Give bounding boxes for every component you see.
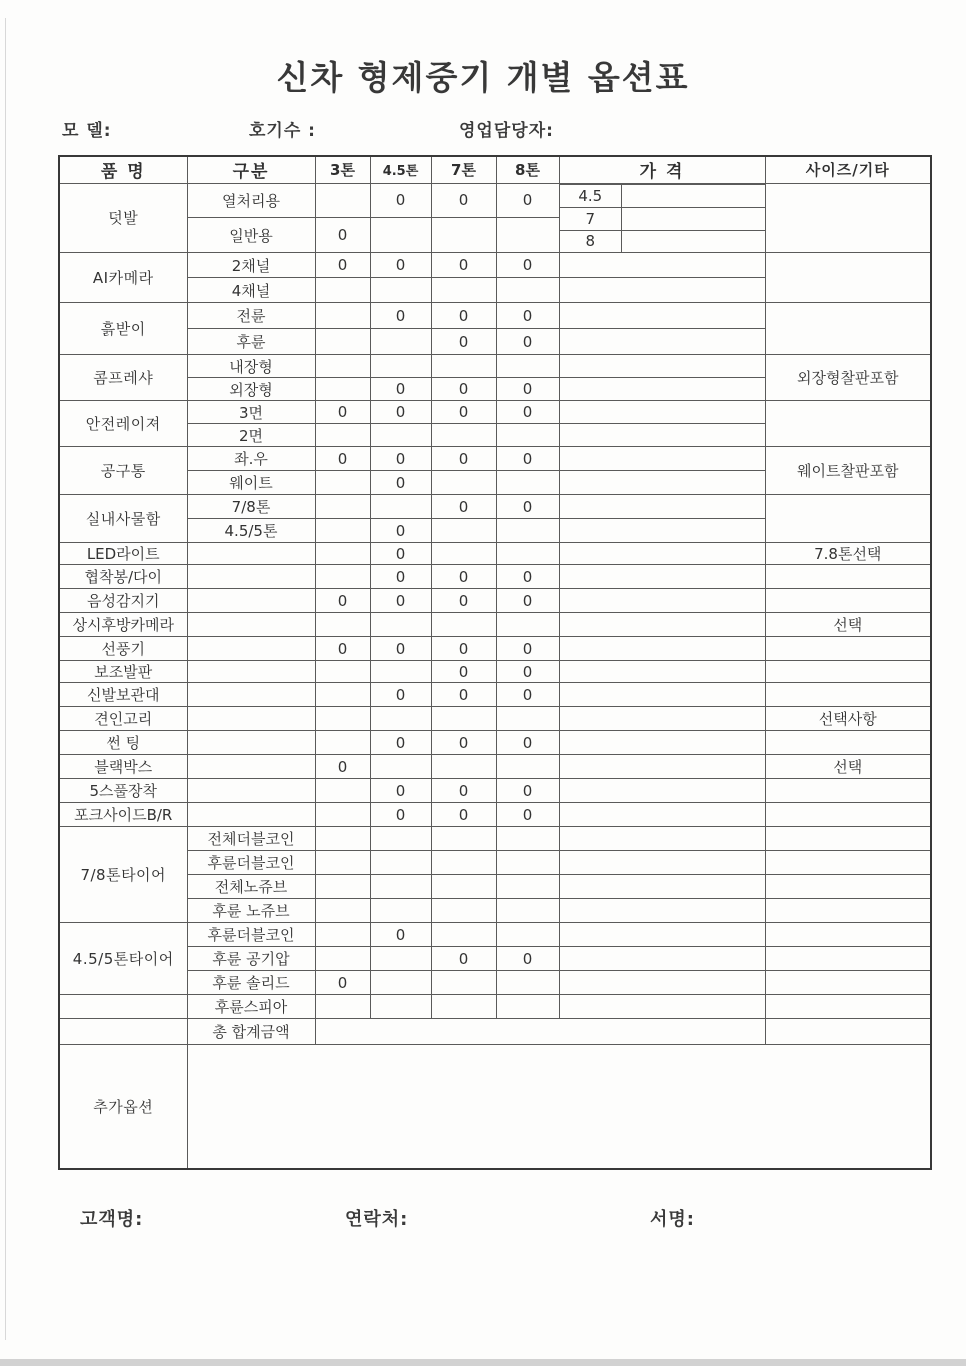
table-row: 안전레이져3면0000 — [59, 401, 931, 424]
table-cell — [370, 851, 431, 875]
table-row: AI카메라2채널0000 — [59, 253, 931, 278]
table-row: 흙받이전륜000 — [59, 303, 931, 329]
table-cell — [431, 613, 496, 637]
table-cell — [496, 971, 559, 995]
option-mark-cell: 0 — [431, 401, 496, 424]
col-header-size-etc: 사이즈/기타 — [765, 156, 931, 183]
table-row: 전체노쥬브 — [59, 875, 931, 899]
table-cell — [496, 355, 559, 378]
table-cell — [431, 218, 496, 253]
table-cell — [431, 519, 496, 543]
table-cell — [559, 971, 765, 995]
table-cell — [370, 875, 431, 899]
table-cell — [370, 971, 431, 995]
price-value-cell — [622, 184, 766, 207]
table-cell — [559, 827, 765, 851]
table-cell: 내장형 — [187, 355, 315, 378]
option-mark-cell: 0 — [496, 731, 559, 755]
table-cell — [559, 661, 765, 683]
table-row: 추가옵션 — [59, 1045, 931, 1169]
table-row: 블랙박스0선택 — [59, 755, 931, 779]
option-mark-cell: 0 — [431, 565, 496, 589]
option-mark-cell: 0 — [431, 731, 496, 755]
table-row: 후륜더블코인 — [59, 851, 931, 875]
sales-rep-field-label: 영업담당자: — [459, 116, 554, 141]
table-cell — [559, 731, 765, 755]
table-cell — [315, 947, 370, 971]
table-cell — [59, 995, 187, 1019]
table-cell: 후륜더블코인 — [187, 851, 315, 875]
item-name-cell: 보조발판 — [59, 661, 187, 683]
table-cell — [496, 995, 559, 1019]
table-cell — [315, 851, 370, 875]
option-mark-cell: 0 — [370, 183, 431, 218]
table-row: 후륜 공기압00 — [59, 947, 931, 971]
customer-name-field-label: 고객명: — [80, 1205, 143, 1231]
size-note-cell — [765, 183, 931, 253]
top-fields-row: 모 델: 호기수 : 영업담당자: — [0, 116, 966, 140]
table-row: 후륜 솔리드0 — [59, 971, 931, 995]
table-cell — [187, 565, 315, 589]
option-mark-cell: 0 — [496, 947, 559, 971]
table-cell — [559, 613, 765, 637]
table-row: 신발보관대000 — [59, 683, 931, 707]
item-name-cell: LED라이트 — [59, 543, 187, 565]
option-mark-cell: 0 — [370, 803, 431, 827]
item-name-cell: 포크사이드B/R — [59, 803, 187, 827]
option-mark-cell: 0 — [496, 589, 559, 613]
price-value-cell — [622, 230, 766, 252]
table-cell — [59, 1019, 187, 1045]
table-row: 후륜 노쥬브 — [59, 899, 931, 923]
item-name-cell: 7/8톤타이어 — [59, 827, 187, 923]
table-cell — [559, 329, 765, 355]
option-mark-cell: 0 — [431, 683, 496, 707]
table-cell: 후륜 — [187, 329, 315, 355]
option-mark-cell: 0 — [496, 637, 559, 661]
table-row: 보조발판00 — [59, 661, 931, 683]
table-cell — [315, 803, 370, 827]
table-row: 견인고리선택사항 — [59, 707, 931, 731]
table-cell — [315, 731, 370, 755]
col-header-3ton: 3톤 — [315, 156, 370, 183]
item-name-cell: 상시후방카메라 — [59, 613, 187, 637]
table-cell: 후륜스피아 — [187, 995, 315, 1019]
table-cell — [315, 779, 370, 803]
size-note-cell — [765, 589, 931, 613]
table-cell — [187, 779, 315, 803]
size-note-cell — [765, 971, 931, 995]
table-cell — [370, 424, 431, 447]
table-row: 7/8톤타이어전체더블코인 — [59, 827, 931, 851]
table-cell — [496, 278, 559, 303]
table-row: 5스풀장착000 — [59, 779, 931, 803]
option-mark-cell: 0 — [370, 471, 431, 495]
table-cell — [315, 875, 370, 899]
table-cell — [315, 355, 370, 378]
option-mark-cell: 0 — [496, 183, 559, 218]
table-cell: 2면 — [187, 424, 315, 447]
table-cell — [370, 355, 431, 378]
table-cell — [559, 995, 765, 1019]
scan-bottom-band — [0, 1359, 966, 1366]
table-cell — [370, 495, 431, 519]
table-cell: 전체노쥬브 — [187, 875, 315, 899]
table-row: 실내사물함7/8톤00 — [59, 495, 931, 519]
table-cell: 3면 — [187, 401, 315, 424]
table-cell — [559, 378, 765, 401]
table-cell — [431, 707, 496, 731]
table-row: 상시후방카메라선택 — [59, 613, 931, 637]
table-cell — [370, 899, 431, 923]
size-note-cell — [765, 995, 931, 1019]
table-cell — [559, 851, 765, 875]
size-note-cell — [765, 401, 931, 447]
table-cell — [496, 543, 559, 565]
table-cell — [187, 613, 315, 637]
option-mark-cell: 0 — [315, 401, 370, 424]
item-name-cell: AI카메라 — [59, 253, 187, 303]
table-cell: 일반용 — [187, 218, 315, 253]
table-cell — [559, 707, 765, 731]
table-cell — [315, 899, 370, 923]
table-cell — [431, 827, 496, 851]
item-name-cell: 콤프레샤 — [59, 355, 187, 401]
total-amount-cell — [315, 1019, 765, 1045]
table-row: LED라이트07.8톤선택 — [59, 543, 931, 565]
option-mark-cell: 0 — [496, 303, 559, 329]
option-mark-cell: 0 — [370, 401, 431, 424]
table-cell — [315, 329, 370, 355]
table-cell — [187, 543, 315, 565]
price-sub-grid: 4.578 — [560, 184, 766, 253]
option-mark-cell: 0 — [431, 447, 496, 471]
table-cell — [431, 471, 496, 495]
table-cell — [559, 543, 765, 565]
table-cell — [315, 183, 370, 218]
table-cell — [187, 707, 315, 731]
size-note-cell — [765, 731, 931, 755]
table-cell — [370, 278, 431, 303]
option-mark-cell: 0 — [431, 378, 496, 401]
option-mark-cell: 0 — [370, 447, 431, 471]
option-mark-cell: 0 — [431, 253, 496, 278]
table-cell — [370, 947, 431, 971]
table-cell — [431, 278, 496, 303]
table-cell — [496, 707, 559, 731]
table-cell — [431, 543, 496, 565]
table-cell — [559, 303, 765, 329]
table-row: 포크사이드B/R000 — [59, 803, 931, 827]
price-grid-cell: 4.578 — [559, 183, 765, 253]
options-table-body: 덧발열처리용0004.578일반용0AI카메라2채널00004채널흙받이전륜00… — [59, 183, 931, 1169]
table-row: 4.5/5톤타이어후륜더블코인0 — [59, 923, 931, 947]
table-cell — [370, 755, 431, 779]
size-note-cell — [765, 1019, 931, 1045]
option-mark-cell: 0 — [370, 543, 431, 565]
table-cell — [431, 355, 496, 378]
table-cell: 전륜 — [187, 303, 315, 329]
item-name-cell: 음성감지기 — [59, 589, 187, 613]
table-cell — [187, 661, 315, 683]
col-header-item-name: 품 명 — [59, 156, 187, 183]
table-cell — [559, 637, 765, 661]
option-mark-cell: 0 — [496, 683, 559, 707]
item-name-cell: 협착봉/다이 — [59, 565, 187, 589]
table-cell — [370, 707, 431, 731]
size-note-cell — [765, 779, 931, 803]
table-cell — [496, 899, 559, 923]
size-note-cell — [765, 303, 931, 355]
option-mark-cell: 0 — [431, 303, 496, 329]
table-row: 공구통좌.우0000웨이트찰판포함 — [59, 447, 931, 471]
table-cell — [496, 827, 559, 851]
additional-options-cell — [187, 1045, 931, 1169]
col-header-price: 가 격 — [559, 156, 765, 183]
table-cell — [187, 589, 315, 613]
size-note-cell: 외장형찰판포함 — [765, 355, 931, 401]
size-note-cell — [765, 899, 931, 923]
table-cell — [315, 543, 370, 565]
option-mark-cell: 0 — [496, 803, 559, 827]
col-header-category: 구분 — [187, 156, 315, 183]
item-name-cell: 공구통 — [59, 447, 187, 495]
option-mark-cell: 0 — [431, 947, 496, 971]
table-cell — [370, 218, 431, 253]
table-cell — [431, 424, 496, 447]
item-name-cell: 덧발 — [59, 183, 187, 253]
size-note-cell: 선택 — [765, 755, 931, 779]
item-name-cell: 신발보관대 — [59, 683, 187, 707]
table-cell — [315, 661, 370, 683]
option-mark-cell: 0 — [370, 378, 431, 401]
options-table: 품 명 구분 3톤 4.5톤 7톤 8톤 가 격 사이즈/기타 덧발열처리용00… — [58, 155, 932, 1170]
option-mark-cell: 0 — [370, 923, 431, 947]
table-cell: 열처리용 — [187, 183, 315, 218]
size-note-cell: 선택 — [765, 613, 931, 637]
table-row: 총 합계금액 — [59, 1019, 931, 1045]
item-name-cell: 선풍기 — [59, 637, 187, 661]
item-name-cell: 견인고리 — [59, 707, 187, 731]
table-cell: 외장형 — [187, 378, 315, 401]
table-cell — [431, 875, 496, 899]
table-cell — [370, 995, 431, 1019]
table-cell — [496, 875, 559, 899]
table-cell — [559, 803, 765, 827]
table-cell — [559, 355, 765, 378]
unit-number-field-label: 호기수 : — [249, 116, 316, 141]
table-cell — [315, 613, 370, 637]
option-mark-cell: 0 — [315, 755, 370, 779]
option-mark-cell: 0 — [370, 519, 431, 543]
size-note-cell — [765, 661, 931, 683]
table-cell: 후륜 노쥬브 — [187, 899, 315, 923]
size-note-cell — [765, 803, 931, 827]
item-name-cell: 블랙박스 — [59, 755, 187, 779]
table-header-row: 품 명 구분 3톤 4.5톤 7톤 8톤 가 격 사이즈/기타 — [59, 156, 931, 183]
table-cell — [315, 565, 370, 589]
item-name-cell: 추가옵션 — [59, 1045, 187, 1169]
size-note-cell — [765, 495, 931, 543]
option-mark-cell: 0 — [315, 971, 370, 995]
size-note-cell — [765, 851, 931, 875]
table-row: 협착봉/다이000 — [59, 565, 931, 589]
col-header-8ton: 8톤 — [496, 156, 559, 183]
item-name-cell: 실내사물함 — [59, 495, 187, 543]
table-row: 음성감지기0000 — [59, 589, 931, 613]
option-mark-cell: 0 — [431, 803, 496, 827]
scan-edge-line — [5, 18, 6, 1340]
table-cell: 후륜 솔리드 — [187, 971, 315, 995]
table-cell — [187, 755, 315, 779]
table-cell — [315, 278, 370, 303]
item-name-cell: 흙받이 — [59, 303, 187, 355]
table-cell: 2채널 — [187, 253, 315, 278]
table-cell — [496, 755, 559, 779]
table-cell: 7/8톤 — [187, 495, 315, 519]
table-cell — [496, 218, 559, 253]
price-ton-label: 4.5 — [560, 184, 622, 207]
table-cell — [496, 519, 559, 543]
size-note-cell — [765, 875, 931, 899]
table-cell — [559, 471, 765, 495]
option-mark-cell: 0 — [496, 329, 559, 355]
table-cell — [431, 971, 496, 995]
table-cell — [315, 923, 370, 947]
size-note-cell — [765, 827, 931, 851]
table-cell: 전체더블코인 — [187, 827, 315, 851]
table-cell — [496, 613, 559, 637]
table-cell: 좌.우 — [187, 447, 315, 471]
table-cell: 웨이트 — [187, 471, 315, 495]
option-mark-cell: 0 — [431, 637, 496, 661]
option-mark-cell: 0 — [315, 447, 370, 471]
size-note-cell — [765, 923, 931, 947]
table-cell — [315, 995, 370, 1019]
table-row: 후륜스피아 — [59, 995, 931, 1019]
table-cell — [559, 424, 765, 447]
size-note-cell — [765, 637, 931, 661]
table-cell — [187, 683, 315, 707]
option-mark-cell: 0 — [315, 218, 370, 253]
scanned-form-page: 신차 형제중기 개별 옵션표 모 델: 호기수 : 영업담당자: 품 명 구분 … — [0, 0, 966, 1366]
col-header-4-5ton: 4.5톤 — [370, 156, 431, 183]
table-cell — [370, 827, 431, 851]
option-mark-cell: 0 — [370, 779, 431, 803]
option-mark-cell: 0 — [370, 253, 431, 278]
size-note-cell: 7.8톤선택 — [765, 543, 931, 565]
table-cell — [559, 779, 765, 803]
option-mark-cell: 0 — [496, 661, 559, 683]
table-cell — [559, 683, 765, 707]
table-cell — [431, 995, 496, 1019]
table-cell — [496, 471, 559, 495]
table-row: 선풍기0000 — [59, 637, 931, 661]
option-mark-cell: 0 — [431, 589, 496, 613]
size-note-cell — [765, 565, 931, 589]
table-cell — [559, 899, 765, 923]
item-name-cell: 5스풀장착 — [59, 779, 187, 803]
table-cell — [559, 519, 765, 543]
table-cell: 4채널 — [187, 278, 315, 303]
option-mark-cell: 0 — [315, 637, 370, 661]
option-mark-cell: 0 — [496, 495, 559, 519]
option-mark-cell: 0 — [315, 253, 370, 278]
option-mark-cell: 0 — [370, 589, 431, 613]
table-cell — [187, 731, 315, 755]
table-cell — [315, 378, 370, 401]
option-mark-cell: 0 — [496, 401, 559, 424]
table-cell — [431, 899, 496, 923]
table-cell — [431, 851, 496, 875]
table-cell — [496, 851, 559, 875]
table-cell — [431, 923, 496, 947]
table-cell — [559, 253, 765, 278]
table-cell — [315, 471, 370, 495]
form-title: 신차 형제중기 개별 옵션표 — [0, 52, 966, 99]
table-cell — [370, 329, 431, 355]
option-mark-cell: 0 — [496, 253, 559, 278]
table-cell — [370, 661, 431, 683]
table-cell — [559, 923, 765, 947]
table-cell — [315, 424, 370, 447]
size-note-cell — [765, 253, 931, 303]
option-mark-cell: 0 — [370, 565, 431, 589]
option-mark-cell: 0 — [370, 731, 431, 755]
size-note-cell — [765, 683, 931, 707]
table-cell: 4.5/5톤 — [187, 519, 315, 543]
table-cell — [559, 947, 765, 971]
option-mark-cell: 0 — [496, 565, 559, 589]
table-row: 덧발열처리용0004.578 — [59, 183, 931, 218]
table-cell — [559, 278, 765, 303]
table-cell — [559, 565, 765, 589]
table-cell — [559, 755, 765, 779]
contact-field-label: 연락처: — [345, 1205, 408, 1231]
option-mark-cell: 0 — [370, 683, 431, 707]
table-cell — [315, 519, 370, 543]
table-cell — [315, 495, 370, 519]
table-cell — [431, 755, 496, 779]
table-cell: 총 합계금액 — [187, 1019, 315, 1045]
option-mark-cell: 0 — [370, 637, 431, 661]
col-header-7ton: 7톤 — [431, 156, 496, 183]
option-mark-cell: 0 — [496, 447, 559, 471]
table-row: 콤프레샤내장형외장형찰판포함 — [59, 355, 931, 378]
table-cell: 후륜더블코인 — [187, 923, 315, 947]
size-note-cell — [765, 947, 931, 971]
table-cell — [370, 613, 431, 637]
size-note-cell: 선택사항 — [765, 707, 931, 731]
size-note-cell: 웨이트찰판포함 — [765, 447, 931, 495]
table-cell — [187, 637, 315, 661]
signature-field-label: 서명: — [650, 1205, 695, 1231]
table-cell: 후륜 공기압 — [187, 947, 315, 971]
table-cell — [559, 589, 765, 613]
option-mark-cell: 0 — [431, 183, 496, 218]
option-mark-cell: 0 — [315, 589, 370, 613]
table-cell — [559, 401, 765, 424]
item-name-cell: 4.5/5톤타이어 — [59, 923, 187, 995]
table-cell — [559, 495, 765, 519]
table-cell — [559, 875, 765, 899]
option-mark-cell: 0 — [496, 779, 559, 803]
table-cell — [315, 303, 370, 329]
table-row: 썬 팅000 — [59, 731, 931, 755]
option-mark-cell: 0 — [431, 495, 496, 519]
table-cell — [496, 424, 559, 447]
option-mark-cell: 0 — [370, 303, 431, 329]
